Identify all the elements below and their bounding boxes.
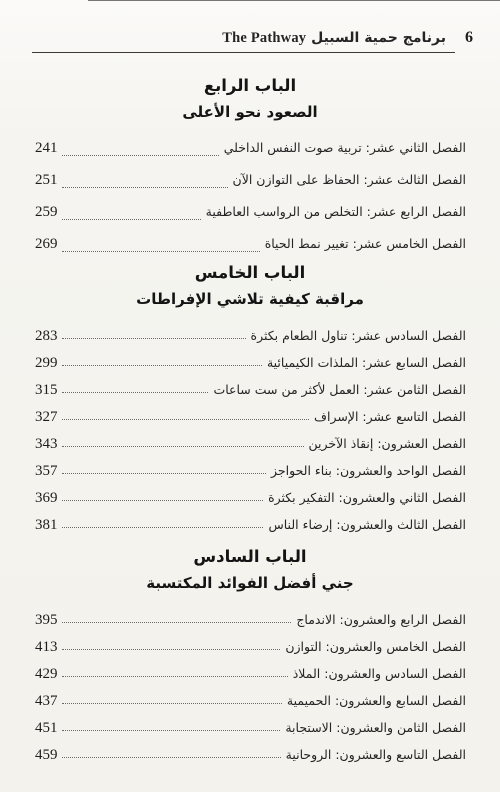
entry-page-number: 459 — [35, 738, 58, 764]
part-subtitle: جني أفضل الفوائد المكتسبة — [0, 573, 500, 593]
entry-title: الفصل الخامس والعشرون: التوازن — [285, 630, 466, 654]
entry-title: الفصل الثامن والعشرون: الاستجابة — [285, 711, 466, 735]
toc-entry: الفصل الرابع عشر: التخلص من الرواسب العا… — [35, 195, 466, 227]
dot-leader — [62, 500, 264, 501]
entry-page-number: 395 — [35, 603, 58, 629]
toc-entry: الفصل السادس والعشرون: الملاذ 429 — [35, 657, 466, 684]
book-title-latin: The Pathway — [222, 30, 306, 46]
section-head-part-5: الباب الخامس مراقبة كيفية تلاشي الإفراطا… — [0, 262, 500, 309]
dot-leader — [62, 757, 281, 758]
entry-title: الفصل الخامس عشر: تغيير نمط الحياة — [265, 227, 466, 251]
part-title: الباب السادس — [0, 546, 500, 568]
dot-leader — [62, 155, 219, 156]
dot-leader — [62, 676, 288, 677]
entry-title: الفصل الرابع والعشرون: الاندماج — [296, 603, 466, 627]
part-title: الباب الخامس — [0, 262, 500, 284]
toc-entry: الفصل السابع والعشرون: الحميمية 437 — [35, 684, 466, 711]
scanned-toc-page: { "header": { "page_number": "6", "title… — [0, 0, 500, 792]
toc-entry: الفصل الثالث عشر: الحفاظ على التوازن الآ… — [35, 163, 466, 195]
entry-title: الفصل الثاني والعشرون: التفكير بكثرة — [268, 481, 466, 505]
dot-leader — [62, 649, 281, 650]
toc-entry: الفصل الثالث والعشرون: إرضاء الناس 381 — [35, 508, 466, 535]
book-title-arabic: برنامج حمية السبيل — [311, 30, 446, 46]
part-title: الباب الرابع — [0, 75, 500, 97]
entry-title: الفصل السادس عشر: تناول الطعام بكثرة — [251, 319, 466, 343]
entry-title: الفصل الثامن عشر: العمل لأكثر من ست ساعا… — [213, 373, 466, 397]
dot-leader — [62, 338, 246, 339]
toc-entry: الفصل الخامس عشر: تغيير نمط الحياة 269 — [35, 227, 466, 259]
entry-title: الفصل التاسع والعشرون: الروحانية — [286, 738, 466, 762]
toc-list-part-5: الفصل السادس عشر: تناول الطعام بكثرة 283… — [35, 319, 466, 535]
entry-title: الفصل التاسع عشر: الإسراف — [314, 400, 466, 424]
dot-leader — [62, 251, 260, 252]
dot-leader — [62, 187, 228, 188]
toc-entry: الفصل الثامن عشر: العمل لأكثر من ست ساعا… — [35, 373, 466, 400]
entry-title: الفصل السابع عشر: الملذات الكيميائية — [267, 346, 466, 370]
toc-entry: الفصل السابع عشر: الملذات الكيميائية 299 — [35, 346, 466, 373]
part-subtitle: مراقبة كيفية تلاشي الإفراطات — [0, 289, 500, 309]
entry-page-number: 315 — [35, 373, 58, 399]
entry-page-number: 437 — [35, 684, 58, 710]
dot-leader — [62, 365, 262, 366]
toc-entry: الفصل الواحد والعشرون: بناء الحواجز 357 — [35, 454, 466, 481]
dot-leader — [62, 473, 267, 474]
dot-leader — [62, 703, 282, 704]
entry-page-number: 259 — [35, 195, 58, 221]
entry-title: الفصل الثالث والعشرون: إرضاء الناس — [268, 508, 466, 532]
scan-edge-line — [88, 0, 500, 1]
page-number: 6 — [465, 29, 473, 47]
section-head-part-4: الباب الرابع الصعود نحو الأعلى — [0, 75, 500, 122]
toc-entry: الفصل الرابع والعشرون: الاندماج 395 — [35, 603, 466, 630]
entry-title: الفصل الواحد والعشرون: بناء الحواجز — [271, 454, 466, 478]
entry-title: الفصل الثالث عشر: الحفاظ على التوازن الآ… — [233, 163, 466, 187]
entry-page-number: 451 — [35, 711, 58, 737]
toc-entry: الفصل الثامن والعشرون: الاستجابة 451 — [35, 711, 466, 738]
running-head: 6 برنامج حمية السبيل The Pathway — [32, 29, 473, 49]
entry-page-number: 299 — [35, 346, 58, 372]
entry-page-number: 241 — [35, 131, 58, 157]
entry-title: الفصل السابع والعشرون: الحميمية — [287, 684, 466, 708]
book-title: برنامج حمية السبيل The Pathway — [222, 30, 446, 47]
dot-leader — [62, 622, 292, 623]
entry-page-number: 327 — [35, 400, 58, 426]
dot-leader — [62, 219, 201, 220]
dot-leader — [62, 392, 209, 393]
entry-page-number: 251 — [35, 163, 58, 189]
entry-title: الفصل الرابع عشر: التخلص من الرواسب العا… — [206, 195, 466, 219]
toc-list-part-4: الفصل الثاني عشر: تربية صوت النفس الداخل… — [35, 131, 466, 259]
toc-entry: الفصل العشرون: إنقاذ الآخرين 343 — [35, 427, 466, 454]
toc-entry: الفصل الثاني والعشرون: التفكير بكثرة 369 — [35, 481, 466, 508]
toc-entry: الفصل الثاني عشر: تربية صوت النفس الداخل… — [35, 131, 466, 163]
dot-leader — [62, 527, 264, 528]
header-rule — [32, 52, 455, 53]
entry-title: الفصل العشرون: إنقاذ الآخرين — [309, 427, 467, 451]
entry-page-number: 413 — [35, 630, 58, 656]
entry-page-number: 429 — [35, 657, 58, 683]
dot-leader — [62, 730, 281, 731]
part-subtitle: الصعود نحو الأعلى — [0, 102, 500, 122]
entry-title: الفصل السادس والعشرون: الملاذ — [293, 657, 466, 681]
entry-page-number: 381 — [35, 508, 58, 534]
toc-entry: الفصل السادس عشر: تناول الطعام بكثرة 283 — [35, 319, 466, 346]
entry-page-number: 369 — [35, 481, 58, 507]
entry-title: الفصل الثاني عشر: تربية صوت النفس الداخل… — [224, 131, 466, 155]
dot-leader — [62, 446, 304, 447]
toc-entry: الفصل الخامس والعشرون: التوازن 413 — [35, 630, 466, 657]
toc-entry: الفصل التاسع والعشرون: الروحانية 459 — [35, 738, 466, 765]
entry-page-number: 343 — [35, 427, 58, 453]
entry-page-number: 283 — [35, 319, 58, 345]
section-head-part-6: الباب السادس جني أفضل الفوائد المكتسبة — [0, 546, 500, 593]
dot-leader — [62, 419, 310, 420]
entry-page-number: 357 — [35, 454, 58, 480]
entry-page-number: 269 — [35, 227, 58, 253]
toc-list-part-6: الفصل الرابع والعشرون: الاندماج 395 الفص… — [35, 603, 466, 765]
toc-entry: الفصل التاسع عشر: الإسراف 327 — [35, 400, 466, 427]
